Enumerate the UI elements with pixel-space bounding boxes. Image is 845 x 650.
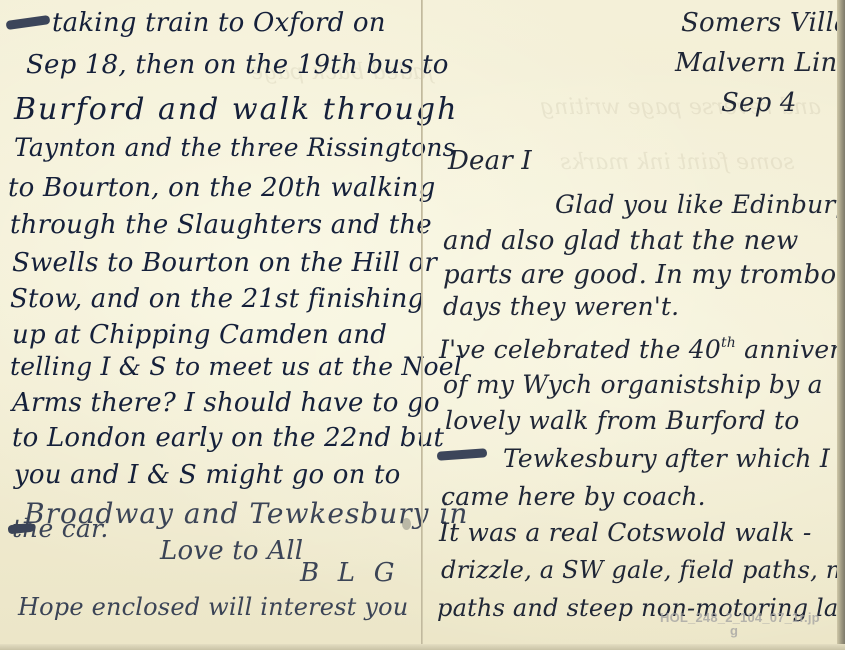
letter-line: Taynton and the three Rissingtons — [14, 135, 456, 160]
letter-line: of my Wych organistship by a — [443, 372, 823, 397]
letter-line: lovely walk from Burford to — [445, 408, 799, 433]
paper-edge-shadow — [0, 644, 845, 650]
letter-line: Glad you like Edinburgh — [555, 192, 845, 217]
letter-line: I've celebrated the 40th anniversary — [439, 336, 845, 362]
letter-line: through the Slaughters and the — [10, 212, 432, 238]
struck-out-word — [6, 15, 51, 30]
letter-line: days they weren't. — [443, 294, 679, 319]
letter-line: drizzle, a SW gale, field paths, no — [441, 558, 845, 582]
letter-line: Tewkesbury after which I — [503, 446, 830, 471]
signature: B L G — [300, 560, 395, 586]
letter-line: to Bourton, on the 20th walking — [8, 175, 435, 201]
letter-closing: Love to All — [160, 538, 303, 564]
postscript: Hope enclosed will interest you — [18, 595, 408, 619]
letter-line: came here by coach. — [441, 484, 706, 509]
struck-out-word — [437, 448, 488, 460]
letter-line: telling I & S to meet us at the Noel — [10, 354, 462, 379]
letter-line-text: Sep 18, then on the 19th bus to — [26, 50, 449, 80]
letter-date: Sep 4 — [721, 90, 797, 116]
filename-watermark: HOL_248_2_104_07_1r.jp g — [660, 611, 820, 637]
letter-line: Burford and walk through — [14, 95, 458, 125]
letter-line: Arms there? I should have to go — [12, 390, 440, 416]
letter-line: to London early on the 22nd but — [12, 425, 444, 451]
letter-line: Stow, and on the 21st finishing — [10, 286, 424, 312]
right-page: Somers Villa Malvern Link Sep 4 Dear I G… — [423, 0, 837, 650]
watermark-line: HOL_248_2_104_07_1r.jp — [660, 611, 820, 624]
letter-line: parts are good. In my trombone — [443, 262, 845, 288]
address-line: Somers Villa — [681, 10, 845, 36]
letter-scan: and reverse page writing some faint ink … — [0, 0, 845, 650]
ink-blot — [402, 518, 411, 530]
letter-line: you and I & S might go on to — [14, 462, 401, 488]
paper-edge-shadow — [837, 0, 845, 650]
letter-line: It was a real Cotswold walk - — [439, 520, 812, 545]
letter-line: up at Chipping Camden and — [12, 322, 387, 348]
address-line: Malvern Link — [675, 50, 845, 76]
salutation: Dear I — [448, 148, 532, 174]
letter-line: taking train to Oxford on — [52, 10, 386, 36]
watermark-line: g — [660, 624, 820, 637]
left-page: taking train to Oxford on Sep 18, then o… — [0, 0, 421, 650]
letter-line: Swells to Bourton on the Hill or — [12, 250, 437, 276]
letter-line: and also glad that the new — [443, 228, 798, 254]
letter-line: the car. — [12, 516, 109, 541]
letter-line: Sep 18, then on the 19th bus to — [26, 52, 449, 78]
